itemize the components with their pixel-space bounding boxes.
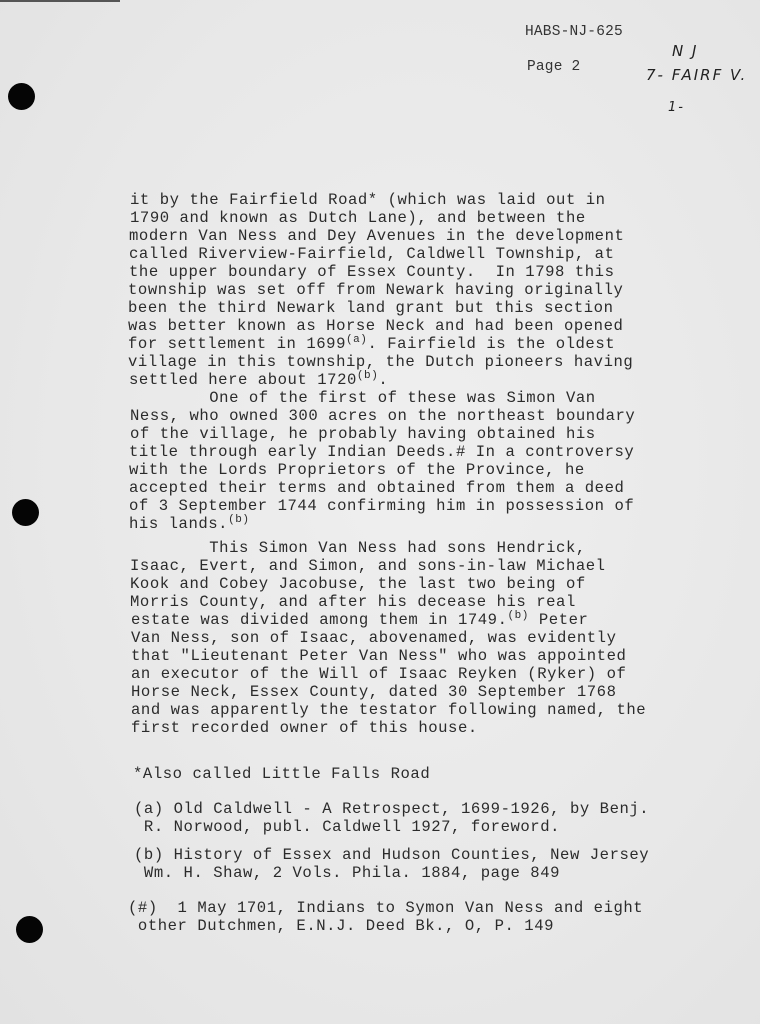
footnote-hash: (#) 1 May 1701, Indians to Symon Van Nes… (128, 899, 643, 917)
footnote-b: (b) History of Essex and Hudson Counties… (134, 846, 649, 864)
footnotes: *Also called Little Falls Road (a) Old C… (0, 0, 760, 1024)
footnote-b-cont: Wm. H. Shaw, 2 Vols. Phila. 1884, page 8… (134, 864, 560, 882)
footnote-hash-cont: other Dutchmen, E.N.J. Deed Bk., O, P. 1… (128, 917, 554, 935)
footnote-a: (a) Old Caldwell - A Retrospect, 1699-19… (134, 800, 649, 818)
document-page: HABS-NJ-625 Page 2 N J 7- FAIRF V. 1- it… (0, 0, 760, 1024)
footnote-a-cont: R. Norwood, publ. Caldwell 1927, forewor… (134, 818, 560, 836)
footnote-asterisk: *Also called Little Falls Road (133, 765, 430, 783)
